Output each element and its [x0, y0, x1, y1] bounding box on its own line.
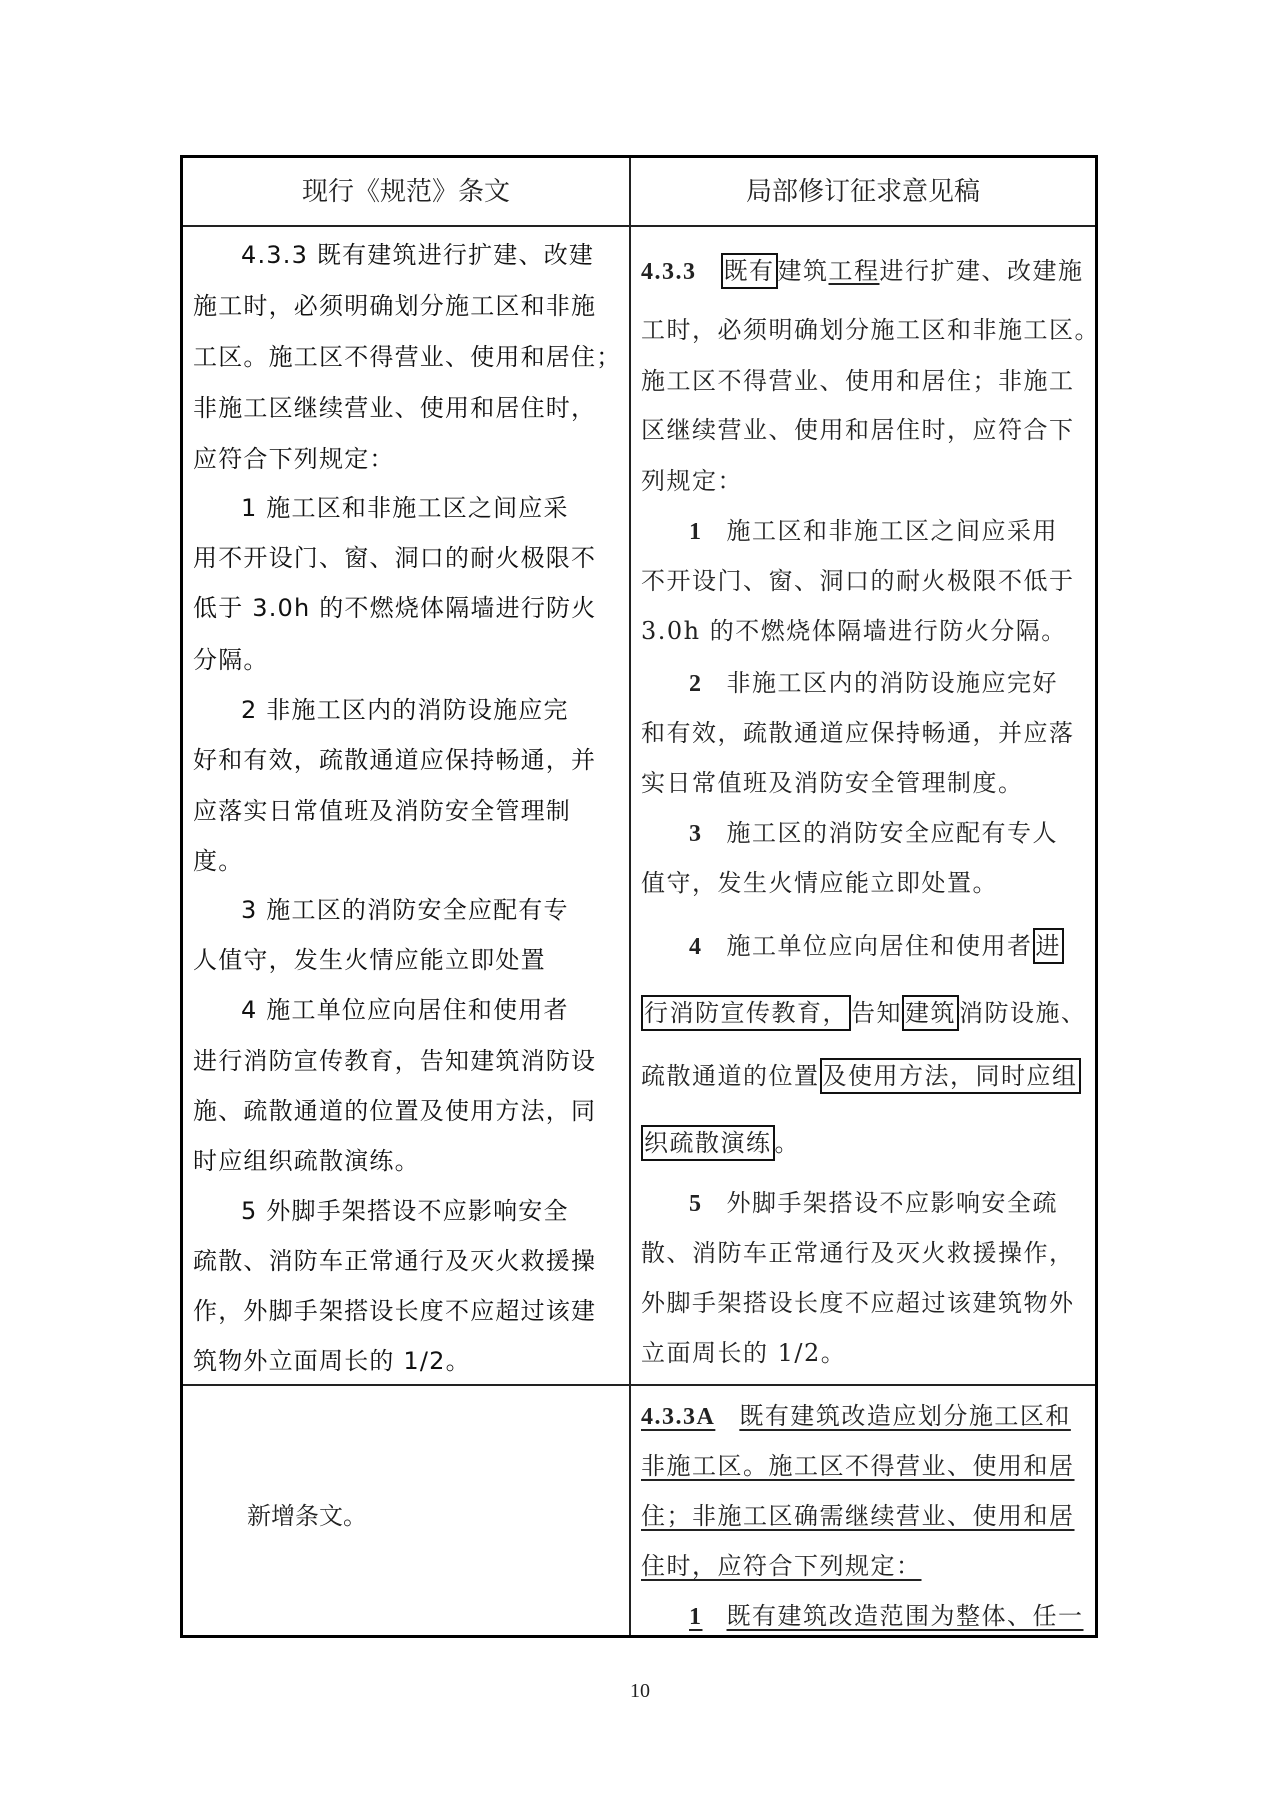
text-line: 时应组织疏散演练。 — [193, 1144, 420, 1178]
text-line: 2 非施工区内的消防设施应完 — [193, 693, 569, 727]
item-number: 3 — [689, 821, 703, 847]
item-number: 2 — [689, 671, 703, 697]
text-span: 施工区的消防安全应配有专人 — [727, 819, 1059, 847]
text-span: 消防设施、 — [959, 999, 1087, 1027]
text-span: 建筑 — [778, 257, 829, 285]
boxed-revision: 进 — [1033, 928, 1065, 964]
text-line: 不开设门、窗、洞口的耐火极限不低于 — [641, 564, 1075, 598]
text-line: 4 施工单位应向居住和使用者 — [193, 993, 569, 1027]
text-line: 分隔。 — [193, 643, 269, 677]
item-5-line-1: 5外脚手架搭设不应影响安全疏 — [641, 1186, 1058, 1220]
text-line: 施工区不得营业、使用和居住；非施工 — [641, 364, 1075, 398]
text-line: 外脚手架搭设长度不应超过该建筑物外 — [641, 1286, 1075, 1320]
clause-number: 4.3.3A — [641, 1404, 715, 1430]
clause-4-3-3-line-1: 4.3.3既有建筑工程进行扩建、改建施 — [641, 254, 1084, 288]
page-number: 10 — [0, 1680, 1280, 1703]
header-revision-draft: 局部修订征求意见稿 — [631, 158, 1095, 226]
text-span: 既有建筑改造范围为整体、任一 — [727, 1602, 1084, 1630]
text-line: 4.3.3 既有建筑进行扩建、改建 — [193, 238, 594, 272]
item-2-line-1: 2非施工区内的消防设施应完好 — [641, 666, 1058, 700]
column-divider — [629, 158, 631, 1635]
text-line: 疏散、消防车正常通行及灭火救援操 — [193, 1244, 596, 1278]
text-line: 3.0h 的不燃烧体隔墙进行防火分隔。 — [641, 614, 1067, 648]
text-span: 外脚手架搭设不应影响安全疏 — [727, 1189, 1059, 1217]
item-1-line-1: 1施工区和非施工区之间应采用 — [641, 514, 1058, 548]
text-line: 施、疏散通道的位置及使用方法，同 — [193, 1094, 596, 1128]
text-line: 筑物外立面周长的 1/2。 — [193, 1344, 471, 1378]
item-4-line-2: 行消防宣传教育，告知建筑消防设施、 — [641, 996, 1087, 1030]
item-number: 4 — [689, 934, 703, 960]
text-line: 3 施工区的消防安全应配有专 — [193, 893, 569, 927]
text-line: 应落实日常值班及消防安全管理制 — [193, 794, 571, 828]
underlined-revision: 工程 — [829, 257, 880, 285]
text-line: 应符合下列规定： — [193, 442, 395, 476]
text-line: 工时，必须明确划分施工区和非施工区。 — [641, 313, 1100, 347]
text-line: 住时，应符合下列规定： — [641, 1549, 922, 1583]
text-line: 5 外脚手架搭设不应影响安全 — [193, 1194, 569, 1228]
item-number: 5 — [689, 1191, 703, 1217]
text-span: 非施工区内的消防设施应完好 — [727, 669, 1059, 697]
text-line: 区继续营业、使用和居住时，应符合下 — [641, 413, 1075, 447]
clause-number: 4.3.3 — [641, 259, 697, 285]
text-line: 作，外脚手架搭设长度不应超过该建 — [193, 1294, 596, 1328]
item-3-line-1: 3施工区的消防安全应配有专人 — [641, 816, 1058, 850]
text-line: 工区。施工区不得营业、使用和居住； — [193, 340, 621, 374]
text-line: 进行消防宣传教育，告知建筑消防设 — [193, 1044, 596, 1078]
text-line: 用不开设门、窗、洞口的耐火极限不 — [193, 541, 596, 575]
boxed-revision: 建筑 — [902, 995, 959, 1031]
text-span: 施工区和非施工区之间应采用 — [727, 517, 1059, 545]
text-span: 施工单位应向居住和使用者 — [727, 932, 1033, 960]
text-line: 好和有效，疏散通道应保持畅通，并 — [193, 743, 596, 777]
text-line: 住；非施工区确需继续营业、使用和居 — [641, 1499, 1075, 1533]
text-line: 散、消防车正常通行及灭火救援操作， — [641, 1236, 1075, 1270]
header-current-clause: 现行《规范》条文 — [183, 158, 629, 226]
text-span: 进行扩建、改建施 — [880, 257, 1084, 285]
boxed-revision: 织疏散演练 — [641, 1125, 775, 1161]
item-4-line-3: 疏散通道的位置及使用方法，同时应组 — [641, 1059, 1081, 1093]
item-4-line-1: 4施工单位应向居住和使用者进 — [641, 929, 1064, 963]
item-4-line-4: 织疏散演练。 — [641, 1126, 800, 1160]
boxed-revision: 既有 — [721, 253, 778, 289]
comparison-table: 现行《规范》条文 局部修订征求意见稿 4.3.3 既有建筑进行扩建、改建 施工时… — [180, 155, 1098, 1638]
underlined-item: 1既有建筑改造范围为整体、任一 — [689, 1602, 1084, 1630]
text-line: 1 施工区和非施工区之间应采 — [193, 491, 569, 525]
new-clause-note: 新增条文。 — [247, 1499, 367, 1533]
text-line: 实日常值班及消防安全管理制度。 — [641, 766, 1024, 800]
text-line: 立面周长的 1/2。 — [641, 1336, 846, 1370]
boxed-revision: 行消防宣传教育， — [641, 995, 851, 1031]
text-span: 既有建筑改造应划分施工区和 — [739, 1402, 1071, 1430]
text-line: 度。 — [193, 844, 243, 878]
document-page: 现行《规范》条文 局部修订征求意见稿 4.3.3 既有建筑进行扩建、改建 施工时… — [0, 0, 1280, 1810]
text-span: 。 — [775, 1129, 801, 1157]
boxed-revision: 及使用方法，同时应组 — [820, 1058, 1081, 1094]
text-line: 人值守，发生火情应能立即处置 — [193, 943, 546, 977]
text-line: 值守，发生火情应能立即处置。 — [641, 866, 998, 900]
row-divider — [183, 1384, 1095, 1386]
text-line: 施工时，必须明确划分施工区和非施 — [193, 289, 596, 323]
text-line: 低于 3.0h 的不燃烧体隔墙进行防火 — [193, 591, 596, 625]
text-line: 非施工区继续营业、使用和居住时， — [193, 391, 596, 425]
text-line: 列规定： — [641, 464, 743, 498]
item-number: 1 — [689, 1604, 703, 1630]
text-span: 疏散通道的位置 — [641, 1062, 820, 1090]
new-item-1-line-1: 1既有建筑改造范围为整体、任一 — [641, 1599, 1084, 1633]
item-number: 1 — [689, 519, 703, 545]
clause-4-3-3a-line-1: 4.3.3A既有建筑改造应划分施工区和 — [641, 1399, 1071, 1433]
text-span: 告知 — [851, 999, 902, 1027]
text-line: 非施工区。施工区不得营业、使用和居 — [641, 1449, 1075, 1483]
text-line: 和有效，疏散通道应保持畅通，并应落 — [641, 716, 1075, 750]
